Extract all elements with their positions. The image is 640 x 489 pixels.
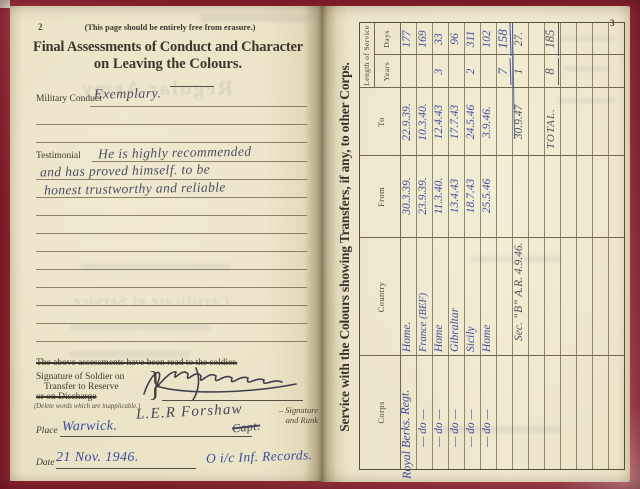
service-table-title: Service with the Colours showing Transfe…: [337, 24, 353, 470]
cell-years: 3: [433, 56, 446, 87]
officer-signature: L.E.R Forshaw: [136, 401, 244, 424]
date-label: Date: [36, 458, 54, 468]
cell-country: Gibraltar: [449, 240, 462, 352]
header-length-of-service: Length of Service: [362, 23, 371, 88]
place-line: [60, 436, 252, 437]
service-table-rotated: Service with the Colours showing Transfe…: [336, 10, 624, 470]
writing-line: [36, 142, 307, 143]
page-corner-sliver: [0, 0, 10, 8]
header-from: From: [376, 156, 386, 238]
cell-grand-total-days: 185: [544, 24, 557, 54]
grand-total-underline: [558, 23, 559, 56]
writing-line: [36, 233, 307, 234]
signature-rank-line1: Signature: [285, 405, 318, 415]
writing-line: [36, 215, 307, 216]
cell-days: 96: [449, 24, 462, 54]
cell-reserve-days: 27.: [513, 24, 526, 54]
cell-to: 24.5.46: [465, 89, 478, 155]
cell-total-years: 7: [496, 56, 509, 87]
cell-years: 2: [465, 56, 478, 87]
cell-corps: Royal Berks. Regt.: [397, 349, 413, 479]
testimonial-line-3: honest trustworthy and reliable: [44, 179, 226, 198]
cell-to: 22.9.39.: [401, 89, 414, 155]
row-line: [544, 23, 545, 469]
cell-from: 30.3.39.: [401, 157, 414, 235]
date-line: [56, 468, 196, 469]
cell-corps: — do —: [417, 377, 430, 447]
records-office-entry: O i/c Inf. Records.: [206, 447, 313, 467]
soldier-signature-scrawl: [138, 358, 308, 404]
cell-from: 11.3.40.: [433, 157, 446, 235]
bleedthrough-smudge: [70, 351, 190, 357]
cell-days: 177: [401, 24, 414, 54]
row-line: [592, 23, 593, 469]
cell-country: France (BEF): [417, 240, 430, 352]
military-conduct-label: Military Conduct: [36, 94, 102, 104]
cell-corps: — do —: [433, 377, 446, 447]
cell-to: 12.4.43: [433, 89, 446, 155]
date-entry: 21 Nov. 1946.: [56, 450, 139, 466]
cell-from: 23.9.39.: [417, 157, 430, 235]
cell-corps: — do —: [449, 377, 462, 447]
erasure-notice: (This page should be entirely free from …: [30, 23, 310, 32]
delete-words-note: (Delete words which are inapplicable.): [34, 403, 140, 410]
cell-days: 311: [465, 24, 478, 54]
testimonial-line-2: and has proved himself. to be: [40, 162, 210, 181]
cell-country: Home.: [401, 240, 414, 352]
cell-corps: — do —: [465, 377, 478, 447]
bleedthrough-smudge: [70, 324, 210, 330]
military-conduct-entry: Exemplary.: [94, 86, 162, 103]
cell-reserve-to: 30.9.47: [513, 89, 526, 155]
cell-to: 17.7.43: [449, 89, 462, 155]
cell-total-days: 158: [496, 24, 509, 54]
title-rule: [170, 86, 214, 87]
writing-line: [36, 124, 307, 125]
bleedthrough-certificate: Certificate of Service.: [68, 294, 230, 311]
cell-country: Sicily: [465, 240, 478, 352]
place-entry: Warwick.: [62, 419, 117, 436]
cell-reserve-note: Sec. “B” A.R. 4.9.46.: [513, 161, 526, 341]
row-line: [560, 23, 561, 469]
header-corps: Corps: [376, 356, 386, 469]
cell-grand-total-years: 8: [544, 56, 557, 87]
writing-line: [36, 251, 307, 252]
cell-reserve-years: 1: [513, 56, 526, 87]
writing-line: [36, 341, 307, 342]
page-title-line1: Final Assessments of Conduct and Charact…: [18, 39, 318, 56]
row-line: [528, 23, 529, 469]
row-line: [496, 23, 497, 469]
page-title-line2: on Leaving the Colours.: [18, 56, 318, 73]
grand-total-underline: [558, 58, 559, 85]
left-page: Regular Army Certificate of Service. 2 (…: [10, 6, 321, 481]
bleedthrough-smudge: [200, 14, 310, 22]
testimonial-label: Testimonial: [36, 151, 81, 161]
length-of-service-split-line: [374, 23, 375, 88]
sig-label-line3: or on Discharge: [36, 392, 97, 402]
header-country: Country: [376, 238, 386, 356]
writing-line: [36, 305, 307, 306]
signature-rank-label: – Signature and Rank: [258, 406, 318, 425]
cell-corps: — do —: [481, 377, 494, 447]
place-label: Place: [36, 426, 58, 436]
writing-line: [90, 106, 307, 107]
sig-label-line2: Transfer to Reserve: [44, 382, 119, 392]
header-years: Years: [382, 55, 391, 88]
soldier-service-book: Regular Army Certificate of Service. 2 (…: [0, 0, 640, 489]
cell-country: Home: [433, 240, 446, 352]
cell-from: 13.4.43: [449, 157, 462, 235]
right-page: 3 Service with the Colours showing Trans…: [321, 6, 630, 482]
cell-from: 25.5.46: [481, 157, 494, 235]
sig-label-line1: Signature of Soldier on: [36, 372, 124, 382]
service-table-grid: CorpsCountryFromToLength of ServiceYears…: [359, 22, 625, 470]
cell-to: 10.3.40.: [417, 89, 430, 155]
cell-days: 169: [417, 24, 430, 54]
writing-line: [36, 269, 307, 270]
years-days-line: [374, 54, 624, 55]
writing-line: [36, 197, 307, 198]
header-days: Days: [382, 23, 391, 55]
cell-grand-total-label: TOTAL.: [545, 91, 558, 149]
row-line: [608, 23, 609, 469]
writing-line: [36, 287, 307, 288]
row-line: [576, 23, 577, 469]
officer-rank: Capt.: [231, 419, 261, 437]
signature-rank-line2: and Rank: [286, 415, 318, 425]
cell-days: 102: [481, 24, 494, 54]
cell-to: 3.9.46.: [481, 89, 494, 155]
cell-days: 33: [433, 24, 446, 54]
header-to: To: [376, 88, 386, 156]
writing-line: [36, 323, 307, 324]
cell-country: Home: [481, 240, 494, 352]
cell-from: 18.7.43: [465, 157, 478, 235]
testimonial-line-1: He is highly recommended: [98, 144, 252, 163]
